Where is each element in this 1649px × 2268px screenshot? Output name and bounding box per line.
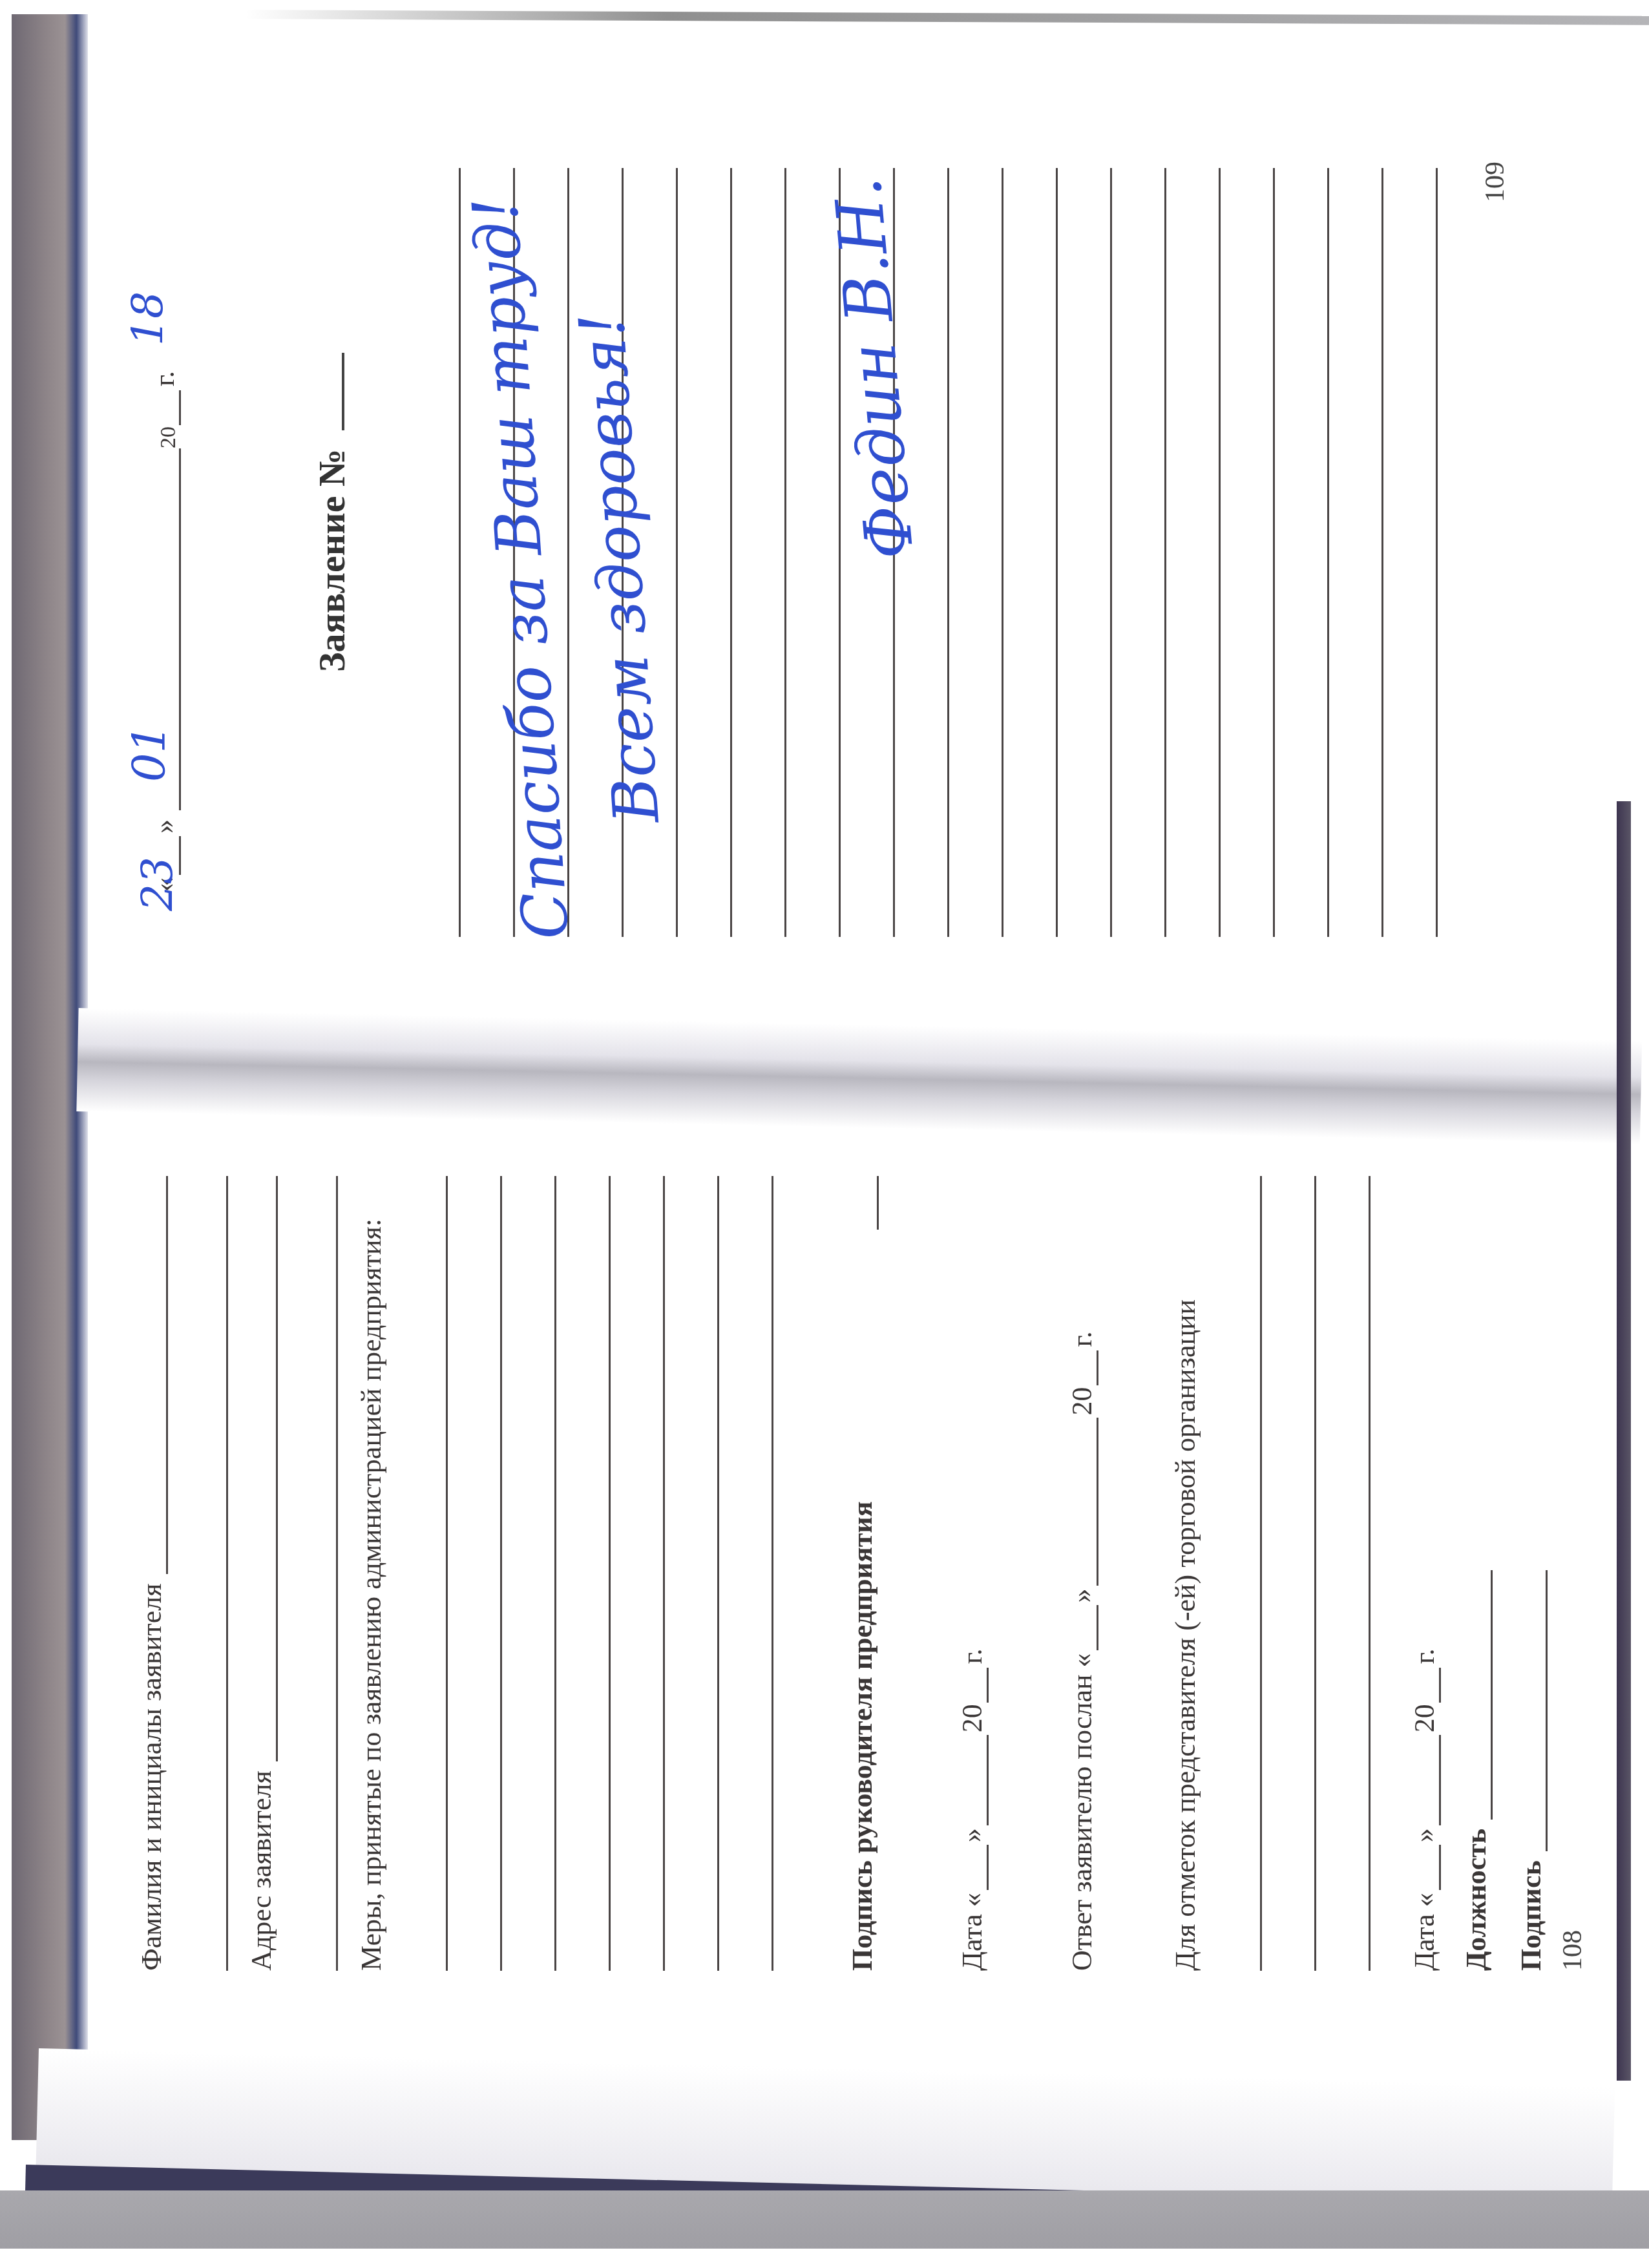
date2-month-input[interactable] bbox=[1439, 1735, 1441, 1825]
book-cover-left-edge bbox=[12, 14, 88, 2140]
position-input[interactable] bbox=[1491, 1570, 1493, 1820]
signature-input[interactable] bbox=[1546, 1570, 1548, 1851]
ruled-line[interactable] bbox=[500, 1176, 502, 1971]
ruled-line[interactable] bbox=[676, 168, 678, 937]
ruled-line[interactable] bbox=[663, 1176, 665, 1971]
date-month-blank bbox=[179, 448, 181, 810]
title-number-blank bbox=[342, 353, 344, 430]
date2-year-input[interactable] bbox=[1439, 1668, 1441, 1703]
title-text: Заявление № bbox=[311, 449, 353, 672]
reply-day-input[interactable] bbox=[1097, 1605, 1098, 1650]
ruled-line[interactable] bbox=[1273, 168, 1275, 937]
applicant-name-line-2[interactable] bbox=[226, 1176, 228, 1971]
ruled-line[interactable] bbox=[1056, 168, 1058, 937]
signature-label: Подпись bbox=[1515, 1860, 1548, 1971]
date-year-blank bbox=[179, 390, 181, 425]
date-month-input[interactable] bbox=[987, 1735, 989, 1825]
page-number-109: 109 bbox=[1480, 162, 1511, 202]
date-year-prefix: 20 bbox=[156, 426, 181, 448]
ruled-line[interactable] bbox=[730, 168, 732, 937]
director-signature-field[interactable]: Подпись руководителя предприятия bbox=[834, 1176, 879, 1971]
ruled-line[interactable] bbox=[717, 1176, 719, 1971]
applicant-address-line-2[interactable] bbox=[336, 1176, 338, 1971]
rep-notes-heading: Для отметок представителя (-ей) торговой… bbox=[1157, 1176, 1202, 1971]
ruled-line[interactable] bbox=[609, 1176, 611, 1971]
ruled-line[interactable] bbox=[1369, 1176, 1371, 1971]
date-year-prefix: 20 bbox=[956, 1704, 989, 1732]
director-signature-input[interactable] bbox=[877, 1176, 879, 1230]
handwritten-date-year: 18 bbox=[123, 291, 173, 346]
date-year-suffix: г. bbox=[148, 371, 181, 386]
ruled-line[interactable] bbox=[1110, 168, 1112, 937]
date2-label: Дата « bbox=[1408, 1893, 1441, 1971]
ruled-line[interactable] bbox=[1381, 168, 1383, 937]
page-title: Заявление № bbox=[310, 353, 353, 672]
handwritten-date-month: 01 bbox=[123, 724, 176, 782]
ruled-line[interactable] bbox=[446, 1176, 448, 1971]
applicant-name-field[interactable]: Фамилия и инициалы заявителя bbox=[123, 1176, 168, 1971]
date-day-input[interactable] bbox=[987, 1845, 989, 1890]
ruled-line[interactable] bbox=[1327, 168, 1329, 937]
ruled-line[interactable] bbox=[1314, 1176, 1316, 1971]
applicant-name-input[interactable] bbox=[166, 1176, 168, 1574]
rep-notes-label: Для отметок представителя (-ей) торговой… bbox=[1169, 1299, 1202, 1971]
date-year-input[interactable] bbox=[987, 1668, 989, 1703]
date2-field[interactable]: Дата « » 20 г. bbox=[1396, 1105, 1441, 1971]
ruled-line[interactable] bbox=[1436, 168, 1438, 937]
ruled-line[interactable] bbox=[784, 168, 786, 937]
signature-field[interactable]: Подпись bbox=[1502, 1570, 1548, 1971]
date2-close-quote: » bbox=[1408, 1828, 1441, 1842]
reply-year-input[interactable] bbox=[1097, 1350, 1098, 1385]
applicant-address-label: Адрес заявителя bbox=[245, 1770, 278, 1971]
ruled-line[interactable] bbox=[947, 168, 949, 937]
book-cover-right-edge bbox=[1617, 801, 1631, 2081]
date-label: Дата « bbox=[956, 1893, 989, 1971]
handwritten-signature: Федин В.Н. bbox=[820, 174, 929, 562]
applicant-address-field[interactable]: Адрес заявителя bbox=[233, 1176, 278, 1971]
date-line: « » 20 г. bbox=[136, 291, 181, 892]
date-close-quote: » bbox=[956, 1828, 989, 1842]
measures-heading: Меры, принятые по заявлению администраци… bbox=[342, 1176, 388, 1971]
handwritten-date-day: 23 bbox=[132, 857, 182, 911]
director-signature-label: Подпись руководителя предприятия bbox=[846, 1502, 879, 1971]
page-108: Фамилия и инициалы заявителя Адрес заяви… bbox=[97, 1105, 1551, 2042]
ruled-line[interactable] bbox=[1002, 168, 1003, 937]
ruled-line[interactable] bbox=[1260, 1176, 1262, 1971]
date-field[interactable]: Дата « » 20 г. bbox=[943, 1105, 989, 1971]
ruled-line[interactable] bbox=[554, 1176, 556, 1971]
applicant-name-label: Фамилия и инициалы заявителя bbox=[135, 1583, 168, 1971]
handwritten-line-2: Всем здоровья! bbox=[565, 310, 673, 826]
scan-margin bbox=[0, 2249, 1649, 2268]
reply-sent-label: Ответ заявителю послан « bbox=[1066, 1653, 1098, 1971]
reply-year-prefix: 20 bbox=[1066, 1387, 1098, 1415]
reply-close-quote: » bbox=[1066, 1588, 1098, 1602]
ruled-line[interactable] bbox=[459, 168, 461, 937]
position-field[interactable]: Должность bbox=[1447, 1570, 1493, 1971]
date-year-suffix: г. bbox=[956, 1648, 989, 1664]
applicant-address-input[interactable] bbox=[276, 1176, 278, 1761]
reply-year-suffix: г. bbox=[1066, 1331, 1098, 1347]
reply-month-input[interactable] bbox=[1097, 1418, 1098, 1586]
measures-label: Меры, принятые по заявлению администраци… bbox=[355, 1219, 388, 1971]
ruled-line[interactable] bbox=[1219, 168, 1221, 937]
date2-year-suffix: г. bbox=[1408, 1648, 1441, 1664]
date-close-quote: » bbox=[148, 819, 181, 834]
page-109: « » 20 г. 23 01 18 Заявление № Спасибо з… bbox=[97, 123, 1551, 982]
reply-sent-field[interactable]: Ответ заявителю послан « » 20 г. bbox=[1053, 1105, 1098, 1971]
ruled-line[interactable] bbox=[772, 1176, 773, 1971]
handwritten-line-1: Спасибо за Ваш труд! bbox=[459, 194, 583, 942]
date2-day-input[interactable] bbox=[1439, 1845, 1441, 1890]
ruled-line[interactable] bbox=[1164, 168, 1166, 937]
position-label: Должность bbox=[1460, 1829, 1493, 1971]
date2-year-prefix: 20 bbox=[1408, 1704, 1441, 1732]
page-number-108: 108 bbox=[1557, 1930, 1588, 1971]
